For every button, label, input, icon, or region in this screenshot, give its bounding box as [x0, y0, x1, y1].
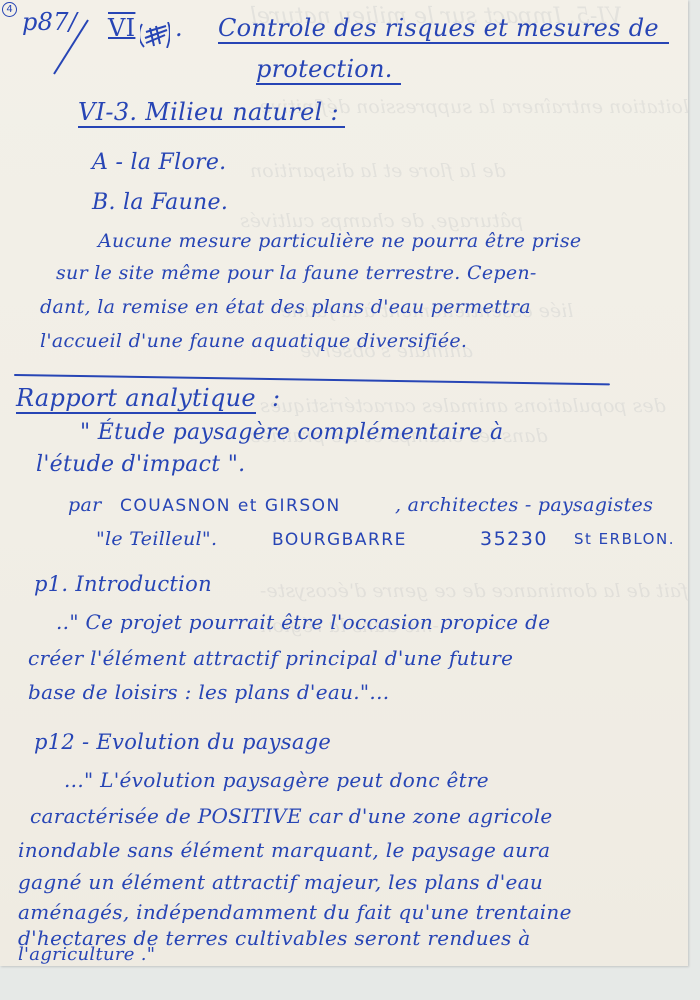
authors-names: COUASNON et GIRSON: [120, 496, 341, 516]
study-title-line: " Étude paysagère complémentaire à: [80, 420, 503, 445]
bleed-through-text: de la flore et la disparition: [250, 160, 506, 182]
paragraph-line: dant, la remise en état des plans d'eau …: [40, 296, 531, 318]
paragraph-line: l'accueil d'une faune aquatique diversif…: [40, 330, 467, 352]
address-name: "le Teilleul".: [96, 528, 217, 550]
excerpt-reference: p12 - Evolution du paysage: [34, 730, 331, 754]
authors-prefix: par: [68, 494, 101, 516]
bleed-through-text: des populations animales caractéristique…: [260, 395, 666, 417]
bleed-through-text: fait de la dominance de ce genre d'écosy…: [260, 580, 688, 602]
report-heading-colon: :: [272, 384, 280, 412]
address-city: St ERBLON.: [574, 530, 675, 548]
page-title-line2: protection.: [256, 55, 401, 85]
excerpt-line: aménagés, indépendamment du fait qu'une …: [18, 900, 572, 924]
excerpt-reference: p1. Introduction: [34, 572, 212, 596]
excerpt-line: inondable sans élément marquant, le pays…: [18, 838, 550, 862]
excerpt-line: caractérisée de POSITIVE car d'une zone …: [30, 804, 553, 828]
crossed-out-scribble-icon: [140, 22, 170, 48]
paper-sheet: VI-5. Impact sur le milieu naturel L'exp…: [0, 0, 688, 966]
excerpt-line: gagné un élément attractif majeur, les p…: [18, 870, 543, 894]
paragraph-line: Aucune mesure particulière ne pourra êtr…: [98, 230, 581, 252]
bleed-through-text: pâturage, de champs cultivés: [240, 210, 523, 232]
list-item-faune: B. la Faune.: [92, 190, 228, 215]
report-heading: Rapport analytique: [16, 384, 256, 414]
excerpt-line: .." Ce projet pourrait être l'occasion p…: [56, 610, 550, 634]
excerpt-line: créer l'élément attractif principal d'un…: [28, 646, 513, 670]
excerpt-line: ..." L'évolution paysagère peut donc êtr…: [64, 768, 489, 792]
excerpt-line: base de loisirs : les plans d'eau."...: [28, 680, 389, 704]
title-dot: .: [175, 14, 183, 42]
page-title-line1: Controle des risques et mesures de: [218, 14, 669, 44]
address-town: BOURGBARRE: [272, 530, 407, 550]
authors-role: , architectes - paysagistes: [395, 494, 653, 516]
page-number-circle: 4: [2, 2, 17, 17]
address-postcode: 35230: [480, 528, 548, 550]
study-title-line: l'étude d'impact ".: [36, 452, 245, 477]
section-roman-numeral: VI: [108, 14, 135, 42]
list-item-flore: A - la Flore.: [92, 150, 226, 175]
paragraph-line: sur le site même pour la faune terrestre…: [56, 262, 537, 284]
page-reference: p87/: [22, 8, 77, 36]
section-heading: VI-3. Milieu naturel :: [78, 98, 345, 128]
excerpt-line: l'agriculture .": [18, 944, 155, 965]
